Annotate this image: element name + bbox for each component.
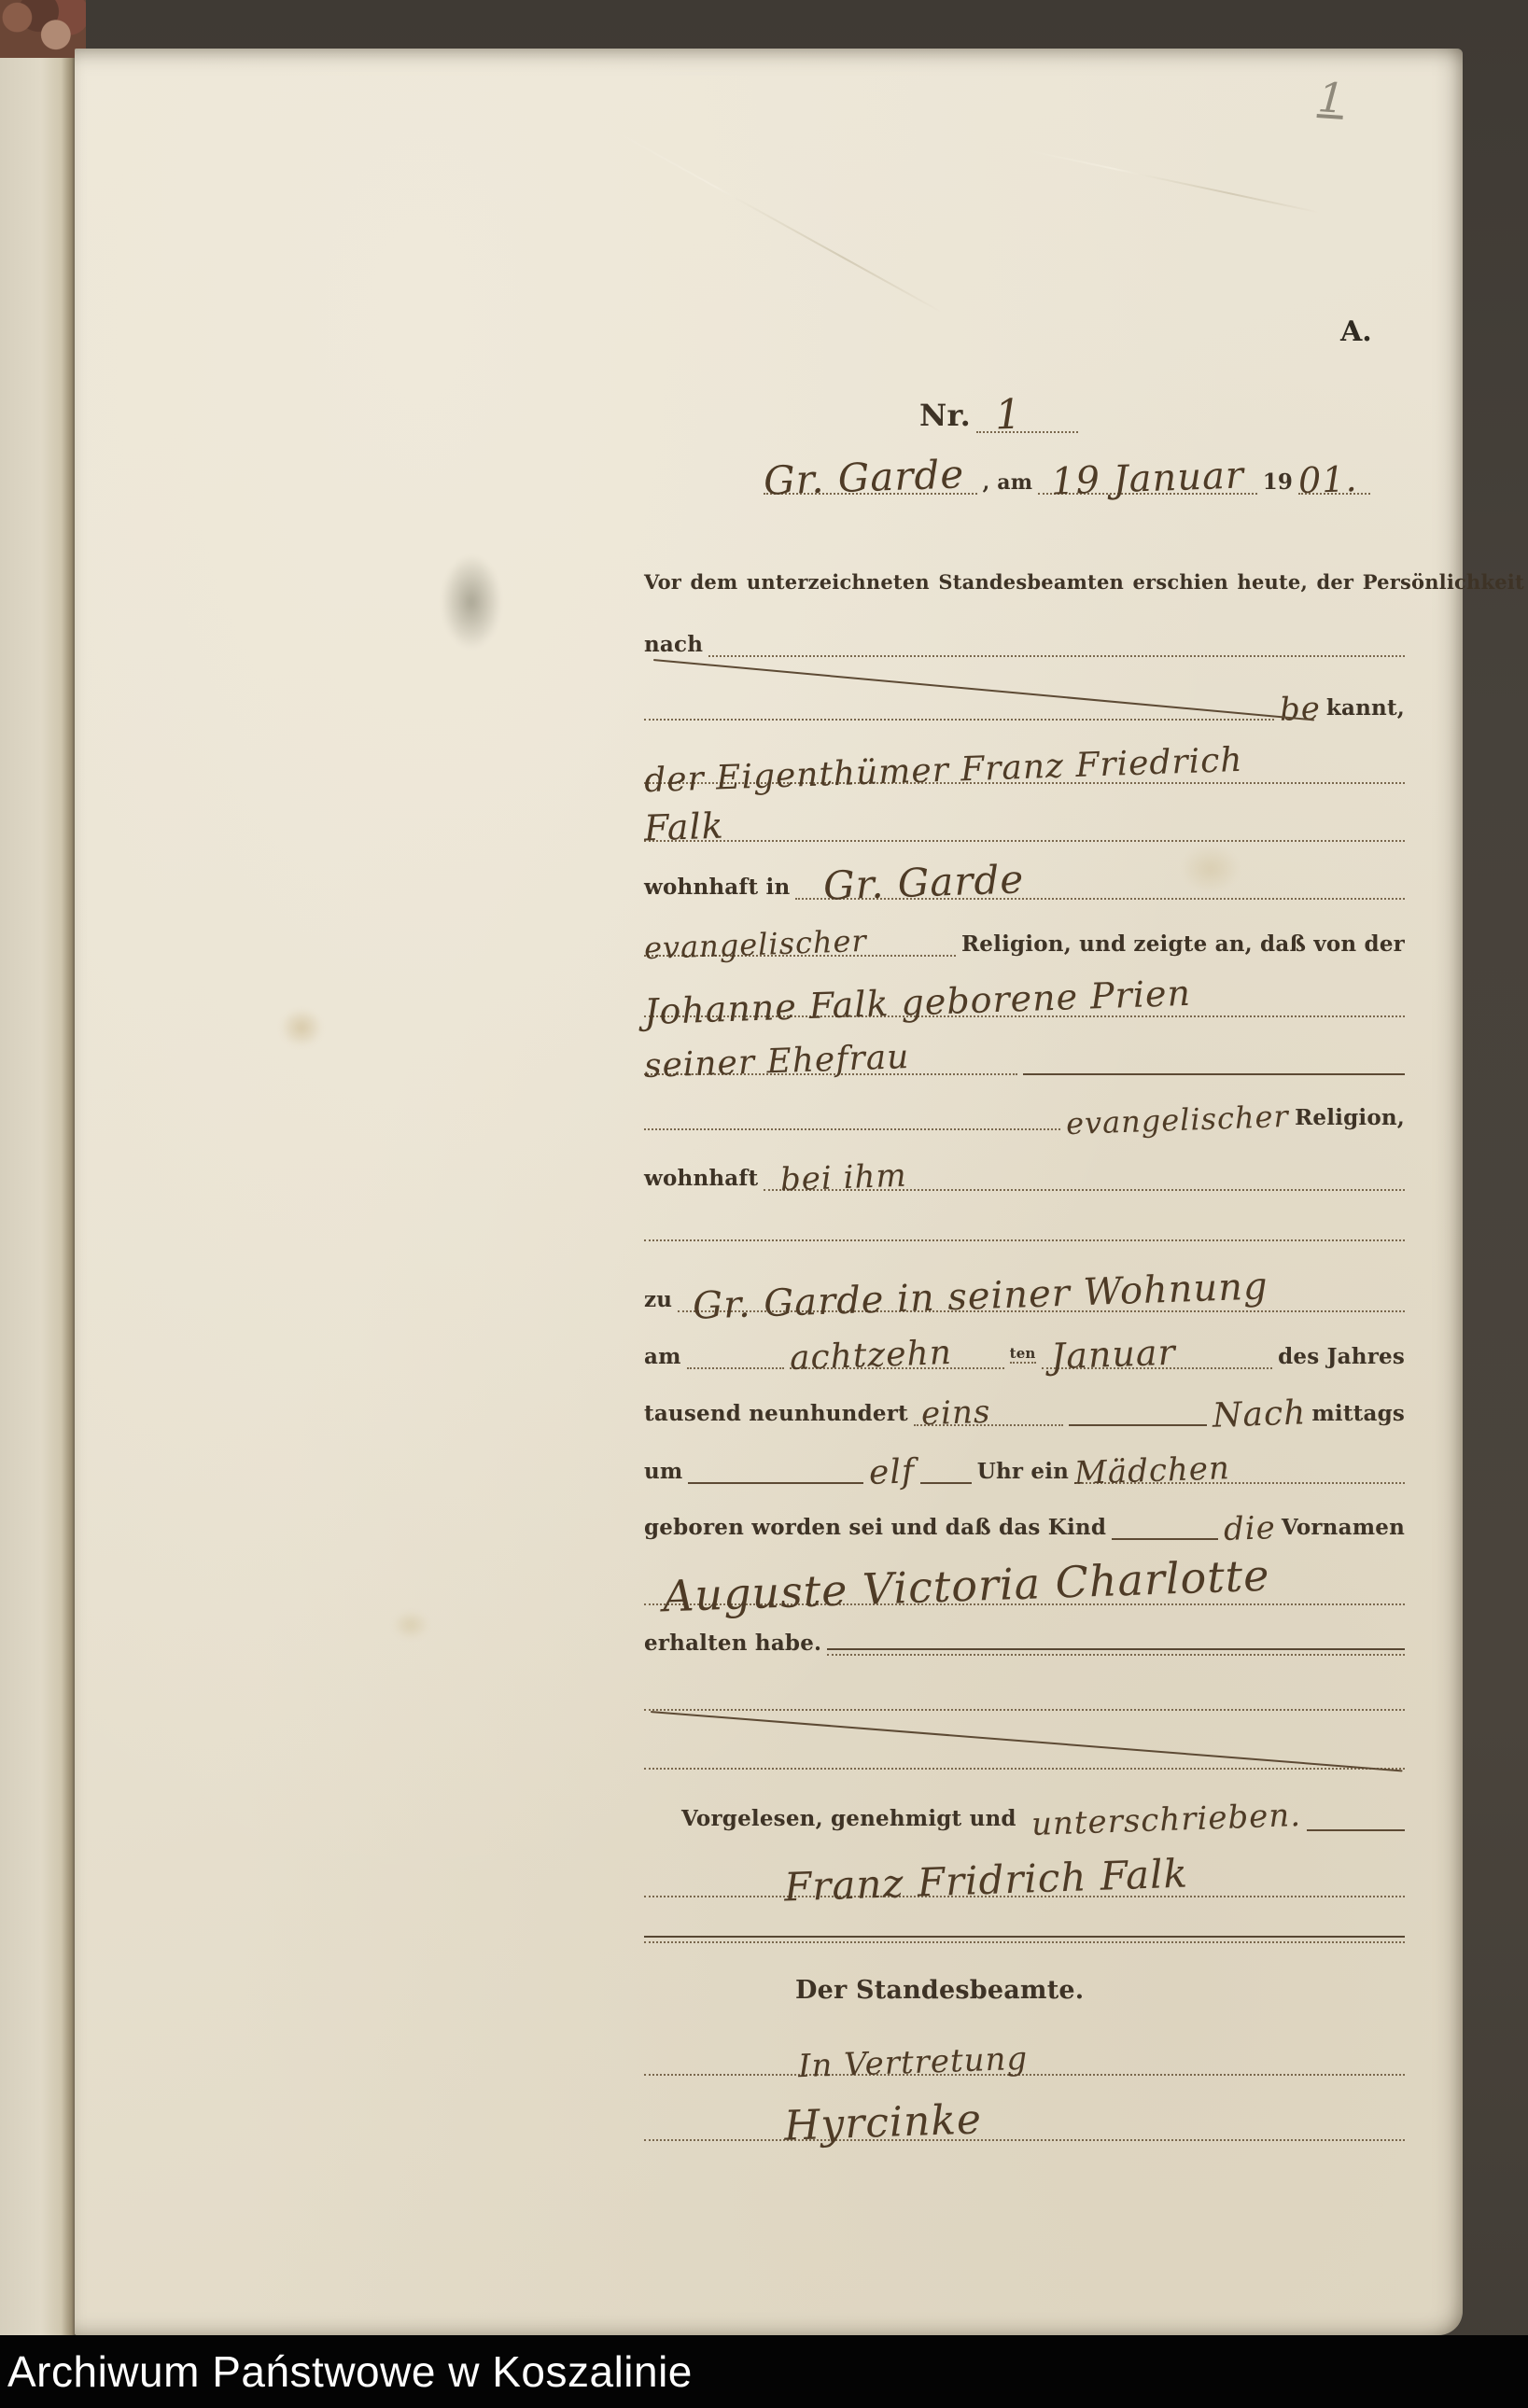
- blank-line-1: [644, 1206, 1405, 1241]
- nach-blank: [708, 614, 1405, 657]
- blank-line-2: [644, 1675, 1405, 1711]
- birth-year-hand: eins: [920, 1393, 991, 1434]
- am-day-label: am: [644, 1344, 681, 1369]
- bekannt-blank: [644, 676, 1274, 721]
- place-hand: Gr. Garde: [763, 451, 965, 503]
- vertretung-hand: In Vertretung: [797, 2040, 1028, 2086]
- blank-rule-2: [644, 1673, 1405, 1711]
- erhalten-line: erhalten habe.: [644, 1613, 1405, 1656]
- mother-blank: Johanne Falk geborene Prien: [644, 967, 1405, 1017]
- nr-label: Nr.: [919, 398, 971, 433]
- registrar-title-line: Der Standesbeamte.: [795, 1967, 1169, 2005]
- birth-year-rule: [1069, 1378, 1207, 1426]
- religion-2-label: Religion,: [1295, 1105, 1405, 1130]
- residence-hand: Gr. Garde: [823, 856, 1026, 908]
- date-blank: 19 Januar: [1038, 435, 1256, 495]
- registrar-signature-line: Hyrcinke: [644, 2087, 1405, 2141]
- vertretung-line: In Vertretung: [644, 2027, 1405, 2076]
- birth-day-line: am achtzehn ten Januar des Jahres: [644, 1321, 1405, 1369]
- register-page: [75, 49, 1463, 2335]
- die-hand: die: [1223, 1509, 1276, 1548]
- registrar-signature-hand: Hyrcinke: [783, 2095, 983, 2149]
- date-hand: 19 Januar: [1050, 454, 1244, 503]
- geboren-line: geboren worden sei und daß das Kind die …: [644, 1495, 1405, 1540]
- religion-2-blank: [644, 1085, 1060, 1130]
- residence-blank: Gr. Garde: [795, 849, 1405, 900]
- zu-label: zu: [644, 1287, 672, 1312]
- mother-relation-line: seiner Ehefrau: [644, 1027, 1405, 1075]
- declarant-line-2: Falk: [644, 795, 1405, 842]
- child-sex-hand: Mädchen: [1073, 1449, 1230, 1492]
- archive-watermark-bar: Archiwum Państwowe w Koszalinie: [0, 2335, 1528, 2408]
- bekannt-label: kannt,: [1326, 695, 1405, 721]
- tausend-label: tausend neunhundert: [644, 1401, 908, 1426]
- geboren-label: geboren worden sei und daß das Kind: [644, 1515, 1106, 1540]
- wohnhaft-in-label: wohnhaft in: [644, 875, 790, 900]
- year-hand: 01.: [1297, 458, 1358, 501]
- ten-label: ten: [1010, 1345, 1036, 1364]
- year-blank: 01.: [1298, 435, 1370, 495]
- mother-relation-rule: [1023, 1025, 1405, 1075]
- book-binding-corner: [0, 0, 86, 58]
- archive-name: Archiwum Państwowe w Koszalinie: [0, 2346, 693, 2397]
- blank-rule-1: [644, 1204, 1405, 1241]
- child-name-line: Auguste Victoria Charlotte: [644, 1551, 1405, 1605]
- declarant-blank-1: der Eigenthümer Franz Friedrich: [644, 735, 1405, 784]
- birth-place-blank: Gr. Garde in seiner Wohnung: [678, 1260, 1405, 1312]
- place-blank: Gr. Garde: [764, 435, 977, 495]
- registrar-signature-blank: Hyrcinke: [644, 2085, 1405, 2141]
- nr-line: Nr. 1: [919, 390, 1078, 433]
- mother-line: Johanne Falk geborene Prien: [644, 969, 1405, 1017]
- geboren-rule: [1112, 1493, 1218, 1540]
- wohnhaft-in-line: wohnhaft in Gr. Garde: [644, 851, 1405, 900]
- mother-relation-blank: seiner Ehefrau: [644, 1025, 1017, 1075]
- blank-line-4: [644, 1906, 1405, 1943]
- child-name-blank: Auguste Victoria Charlotte: [644, 1549, 1405, 1605]
- religion-1-label: Religion, und zeigte an, daß von der: [961, 931, 1405, 957]
- mittags-label: mittags: [1311, 1401, 1405, 1426]
- bekannt-line: be kannt,: [644, 678, 1405, 721]
- um-label: um: [644, 1459, 682, 1484]
- birth-hour-line: um elf Uhr ein Mädchen: [644, 1437, 1405, 1484]
- intro-line: Vor dem unterzeichneten Standesbeamten e…: [644, 560, 1405, 594]
- section-letter: A.: [1340, 315, 1372, 348]
- wohnhaft-blank: bei ihm: [764, 1144, 1405, 1191]
- declarant-signature-line: Franz Fridrich Falk: [644, 1843, 1405, 1897]
- vorgelesen-line: Vorgelesen, genehmigt und unterschrieben…: [681, 1785, 1405, 1831]
- nach-line: nach: [644, 616, 1405, 657]
- declarant-hand-2: Falk: [643, 805, 724, 849]
- vornamen-label: Vornamen: [1282, 1515, 1405, 1540]
- scanned-register-photo: 1 A. Nr. 1 Gr. Garde , am 19 Januar 19 0…: [0, 0, 1528, 2408]
- pencil-page-number: 1: [1316, 74, 1345, 123]
- blank-rule-3: [644, 1732, 1405, 1770]
- wohnhaft-line: wohnhaft bei ihm: [644, 1146, 1405, 1191]
- previous-page-edge: [0, 52, 75, 2335]
- birth-hour-rule-2: [920, 1435, 972, 1484]
- birth-month-hand: Januar: [1050, 1332, 1176, 1378]
- blank-rule-4: [644, 1904, 1405, 1943]
- declarant-line-1: der Eigenthümer Franz Friedrich: [644, 737, 1405, 784]
- birth-year-line: tausend neunhundert eins Nach mittags: [644, 1379, 1405, 1426]
- birth-day-blank: achtzehn: [790, 1319, 1004, 1369]
- place-date-line: Gr. Garde , am 19 Januar 19 01.: [764, 437, 1370, 495]
- birth-place-line: zu Gr. Garde in seiner Wohnung: [644, 1262, 1405, 1312]
- erhalten-rule: [827, 1611, 1405, 1656]
- uhr-ein-label: Uhr ein: [977, 1459, 1069, 1484]
- birth-year-blank: eins: [914, 1378, 1063, 1426]
- birth-day-hand: achtzehn: [789, 1334, 952, 1378]
- fox-spot: [280, 1008, 323, 1047]
- wohnhaft-hand: bei ihm: [780, 1157, 908, 1199]
- ink-stain: [439, 551, 504, 653]
- bekannt-hand: be: [1279, 690, 1321, 729]
- birth-month-blank: Januar: [1042, 1319, 1273, 1369]
- declarant-blank-2: Falk: [644, 793, 1405, 842]
- year-prefix: 19: [1263, 469, 1293, 495]
- child-sex-blank: Mädchen: [1074, 1435, 1405, 1484]
- declarant-signature-blank: Franz Fridrich Falk: [644, 1841, 1405, 1897]
- des-jahres-label: des Jahres: [1278, 1344, 1405, 1369]
- religion-2-line: evangelischer Religion,: [644, 1087, 1405, 1130]
- registrar-title: Der Standesbeamte.: [795, 1976, 1084, 2005]
- birth-hour-hand: elf: [868, 1452, 916, 1492]
- nr-value-hand: 1: [994, 391, 1023, 440]
- erhalten-label: erhalten habe.: [644, 1631, 821, 1656]
- nr-blank: 1: [976, 388, 1078, 433]
- am-label: , am: [983, 470, 1033, 495]
- intro-text: Vor dem unterzeichneten Standesbeamten e…: [644, 570, 1524, 594]
- birth-day-lead-blank: [687, 1319, 784, 1369]
- religion-1-blank: evangelischer: [644, 908, 956, 957]
- fox-spot: [392, 1610, 429, 1640]
- nach-mittag-hand: Nach: [1212, 1393, 1307, 1435]
- religion-1-line: evangelischer Religion, und zeigte an, d…: [644, 910, 1405, 957]
- vorgelesen-rule: [1307, 1783, 1405, 1831]
- vertretung-blank: In Vertretung: [644, 2025, 1405, 2076]
- birth-hour-rule: [688, 1435, 862, 1484]
- vorgelesen-label: Vorgelesen, genehmigt und: [681, 1806, 1016, 1831]
- nach-label: nach: [644, 632, 703, 657]
- wohnhaft-label: wohnhaft: [644, 1166, 758, 1191]
